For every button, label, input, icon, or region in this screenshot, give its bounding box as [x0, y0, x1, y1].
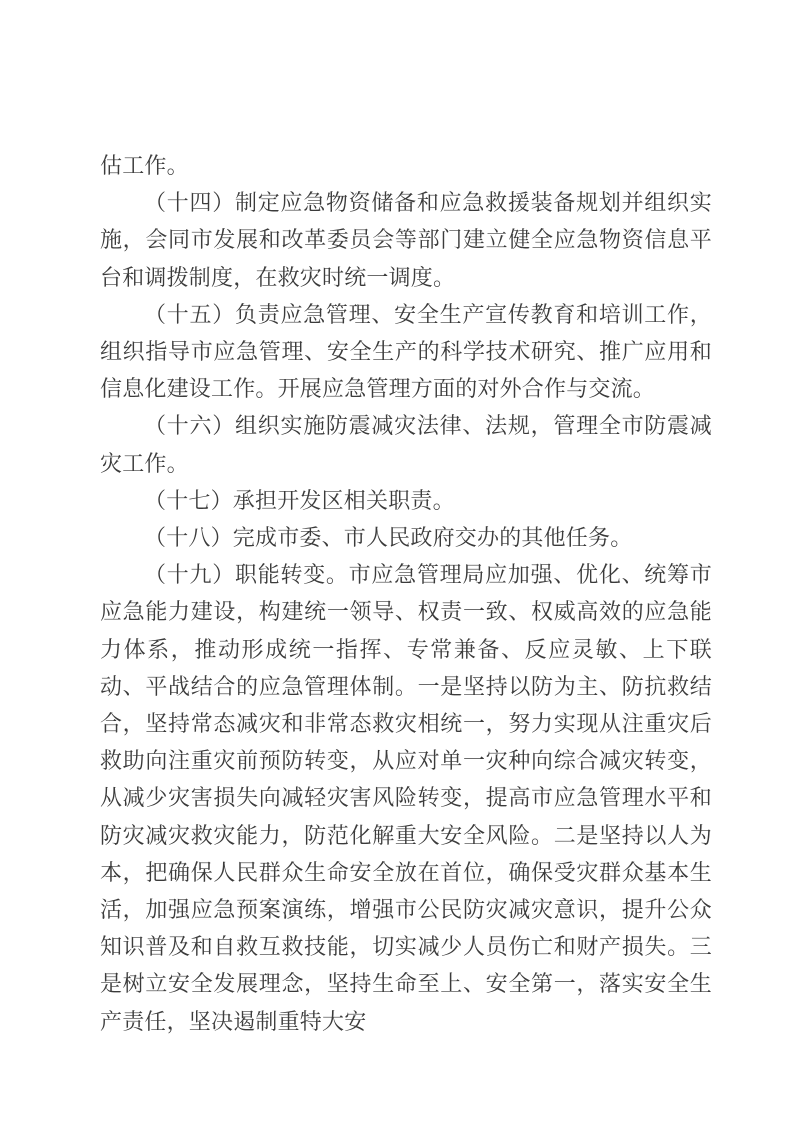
paragraph-item-16: （十六）组织实施防震减灾法律、法规，管理全市防震减灾工作。 [100, 407, 712, 481]
paragraph-item-14: （十四）制定应急物资储备和应急救援装备规划并组织实施，会同市发展和改革委员会等部… [100, 184, 712, 296]
document-page: 估工作。 （十四）制定应急物资储备和应急救援装备规划并组织实施，会同市发展和改革… [0, 0, 793, 1122]
paragraph-item-18: （十八）完成市委、市人民政府交办的其他任务。 [100, 519, 712, 556]
paragraph-item-15: （十五）负责应急管理、安全生产宣传教育和培训工作，组织指导市应急管理、安全生产的… [100, 296, 712, 408]
paragraph-continuation: 估工作。 [100, 147, 712, 184]
document-text-block: 估工作。 （十四）制定应急物资储备和应急救援装备规划并组织实施，会同市发展和改革… [100, 147, 712, 1040]
paragraph-item-19: （十九）职能转变。市应急管理局应加强、优化、统筹市应急能力建设，构建统一领导、权… [100, 556, 712, 1040]
paragraph-item-17: （十七）承担开发区相关职责。 [100, 482, 712, 519]
